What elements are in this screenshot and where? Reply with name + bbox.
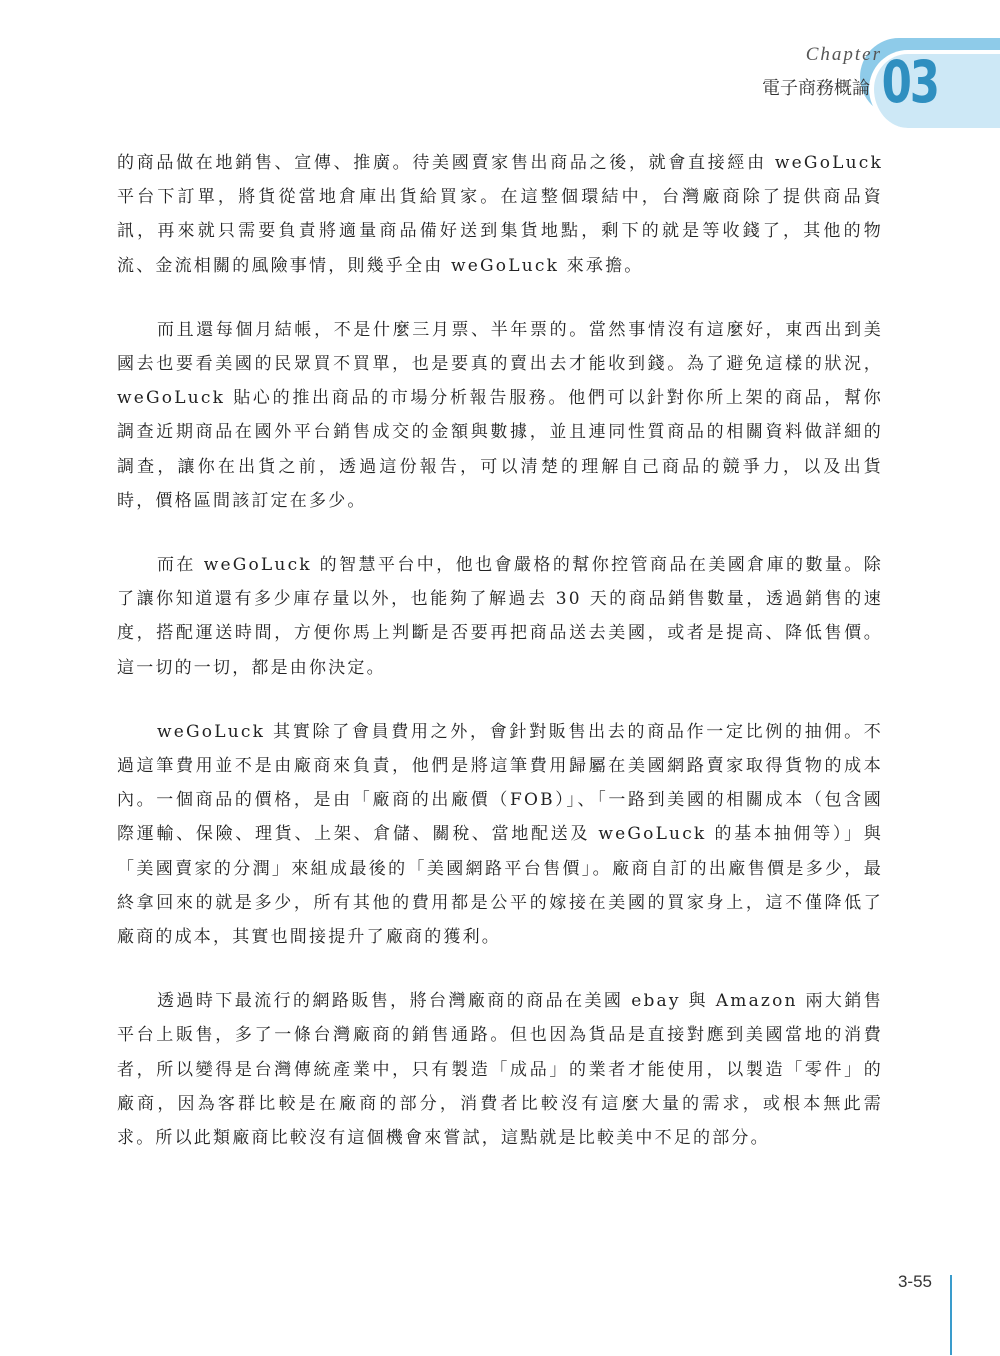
- body-text: 的商品做在地銷售、宣傳、推廣。待美國賣家售出商品之後，就會直接經由 weGoLu…: [117, 146, 883, 1185]
- page-margin-rule: [950, 1275, 952, 1355]
- paragraph-3: 而在 weGoLuck 的智慧平台中，他也會嚴格的幫你控管商品在美國倉庫的數量。…: [117, 548, 883, 685]
- paragraph-5: 透過時下最流行的網路販售，將台灣廠商的商品在美國 ebay 與 Amazon 兩…: [117, 984, 883, 1155]
- chapter-title: 電子商務概論: [762, 74, 870, 100]
- chapter-label: Chapter: [806, 44, 882, 66]
- paragraph-1: 的商品做在地銷售、宣傳、推廣。待美國賣家售出商品之後，就會直接經由 weGoLu…: [117, 146, 883, 283]
- chapter-header: Chapter 電子商務概論 03: [740, 36, 1000, 126]
- page-number: 3-55: [898, 1272, 932, 1292]
- paragraph-4: weGoLuck 其實除了會員費用之外，會針對販售出去的商品作一定比例的抽佣。不…: [117, 715, 883, 954]
- paragraph-2: 而且還每個月結帳，不是什麼三月票、半年票的。當然事情沒有這麼好，東西出到美國去也…: [117, 313, 883, 518]
- chapter-number: 03: [882, 48, 938, 116]
